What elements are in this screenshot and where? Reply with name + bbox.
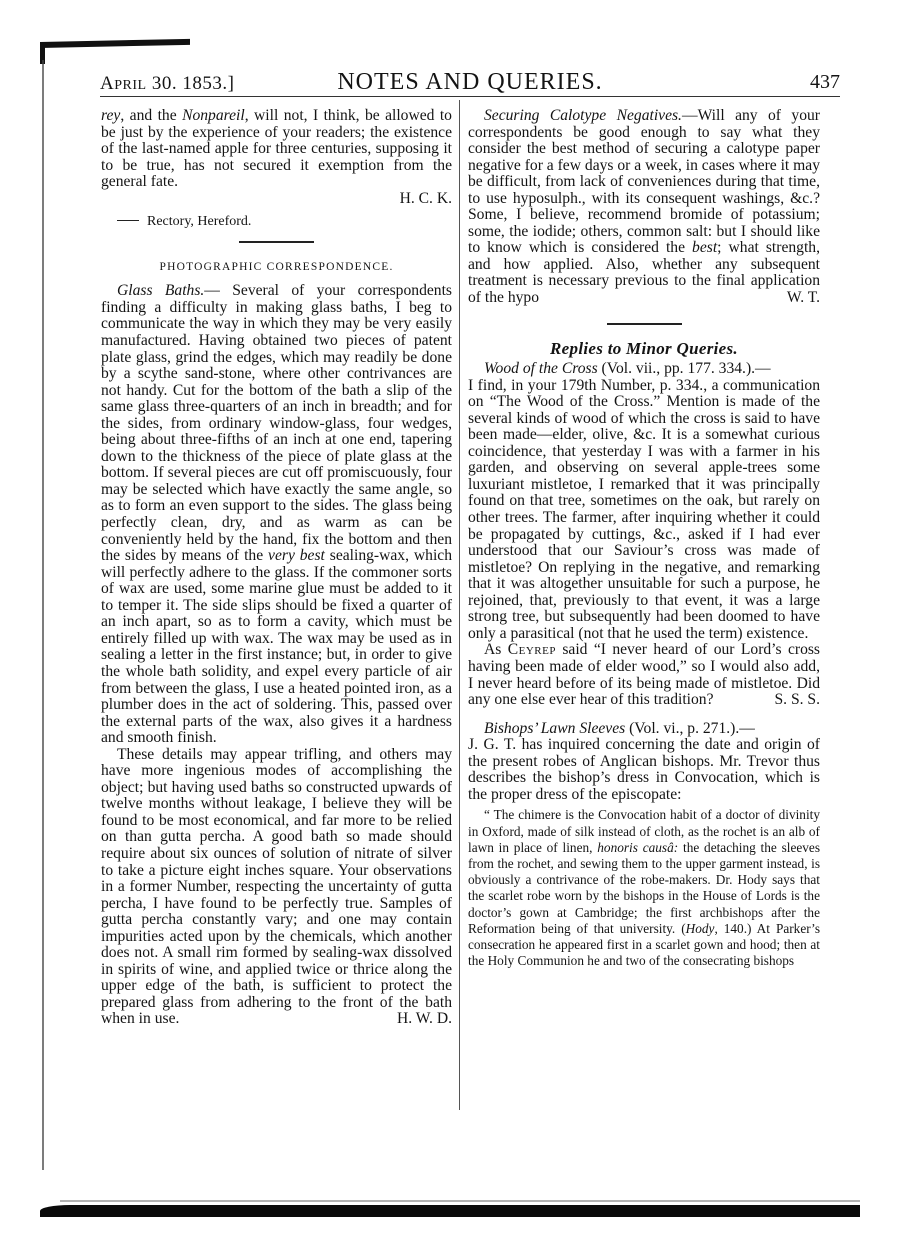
glass-baths-paragraph-2: These details may appear trifling, and o… — [101, 747, 452, 1028]
wood-of-cross-paragraph-1: I find, in your 179th Number, p. 334., a… — [468, 378, 820, 643]
calotype-paragraph: Securing Calotype Negatives.—Will any of… — [468, 108, 820, 307]
signature-wt: W. T. — [771, 290, 820, 307]
wood-of-cross-paragraph-2: As Ceyrep said “I never heard of our Lor… — [468, 642, 820, 708]
page-left-edge — [42, 60, 44, 1170]
journal-title: NOTES AND QUERIES. — [100, 69, 840, 96]
signature-sss: S. S. S. — [758, 692, 820, 709]
column-divider — [459, 100, 460, 1110]
trevor-quotation: “ The chimere is the Convocation habit o… — [468, 807, 820, 969]
signature-hwd: H. W. D. — [381, 1011, 452, 1028]
continuation-paragraph: rey, and the Nonpareil, will not, I thin… — [101, 108, 452, 191]
section-heading-photographic: PHOTOGRAPHIC CORRESPONDENCE. — [101, 259, 452, 276]
right-column: Securing Calotype Negatives.—Will any of… — [468, 108, 820, 969]
section-rule — [239, 241, 314, 243]
page-bottom-shadow — [60, 1200, 860, 1202]
section-rule — [607, 323, 682, 325]
lawn-sleeves-heading: Bishops’ Lawn Sleeves (Vol. vi., p. 271.… — [468, 721, 820, 738]
left-column: rey, and the Nonpareil, will not, I thin… — [101, 108, 452, 1028]
article-title: Securing Calotype Negatives. — [484, 107, 682, 124]
page-corner-mark — [40, 39, 190, 48]
page-bottom-edge — [40, 1205, 860, 1217]
address-line: Rectory, Hereford. — [101, 213, 452, 231]
running-head: APRIL 30. 1853.] NOTES AND QUERIES. 437 — [100, 67, 840, 93]
page-number: 437 — [810, 71, 840, 94]
section-heading-replies: Replies to Minor Queries. — [468, 341, 820, 358]
header-rule — [100, 96, 840, 97]
article-title: Glass Baths. — [117, 282, 204, 299]
signature-hck: H. C. K. — [101, 191, 452, 208]
glass-baths-paragraph-1: Glass Baths.— Several of your correspond… — [101, 283, 452, 746]
wood-of-cross-heading: Wood of the Cross (Vol. vii., pp. 177. 3… — [468, 361, 820, 378]
lawn-sleeves-paragraph: J. G. T. has inquired concerning the dat… — [468, 737, 820, 803]
article-title: Wood of the Cross — [484, 360, 598, 377]
article-title: Bishops’ Lawn Sleeves — [484, 720, 625, 737]
dash-lead — [117, 220, 139, 221]
